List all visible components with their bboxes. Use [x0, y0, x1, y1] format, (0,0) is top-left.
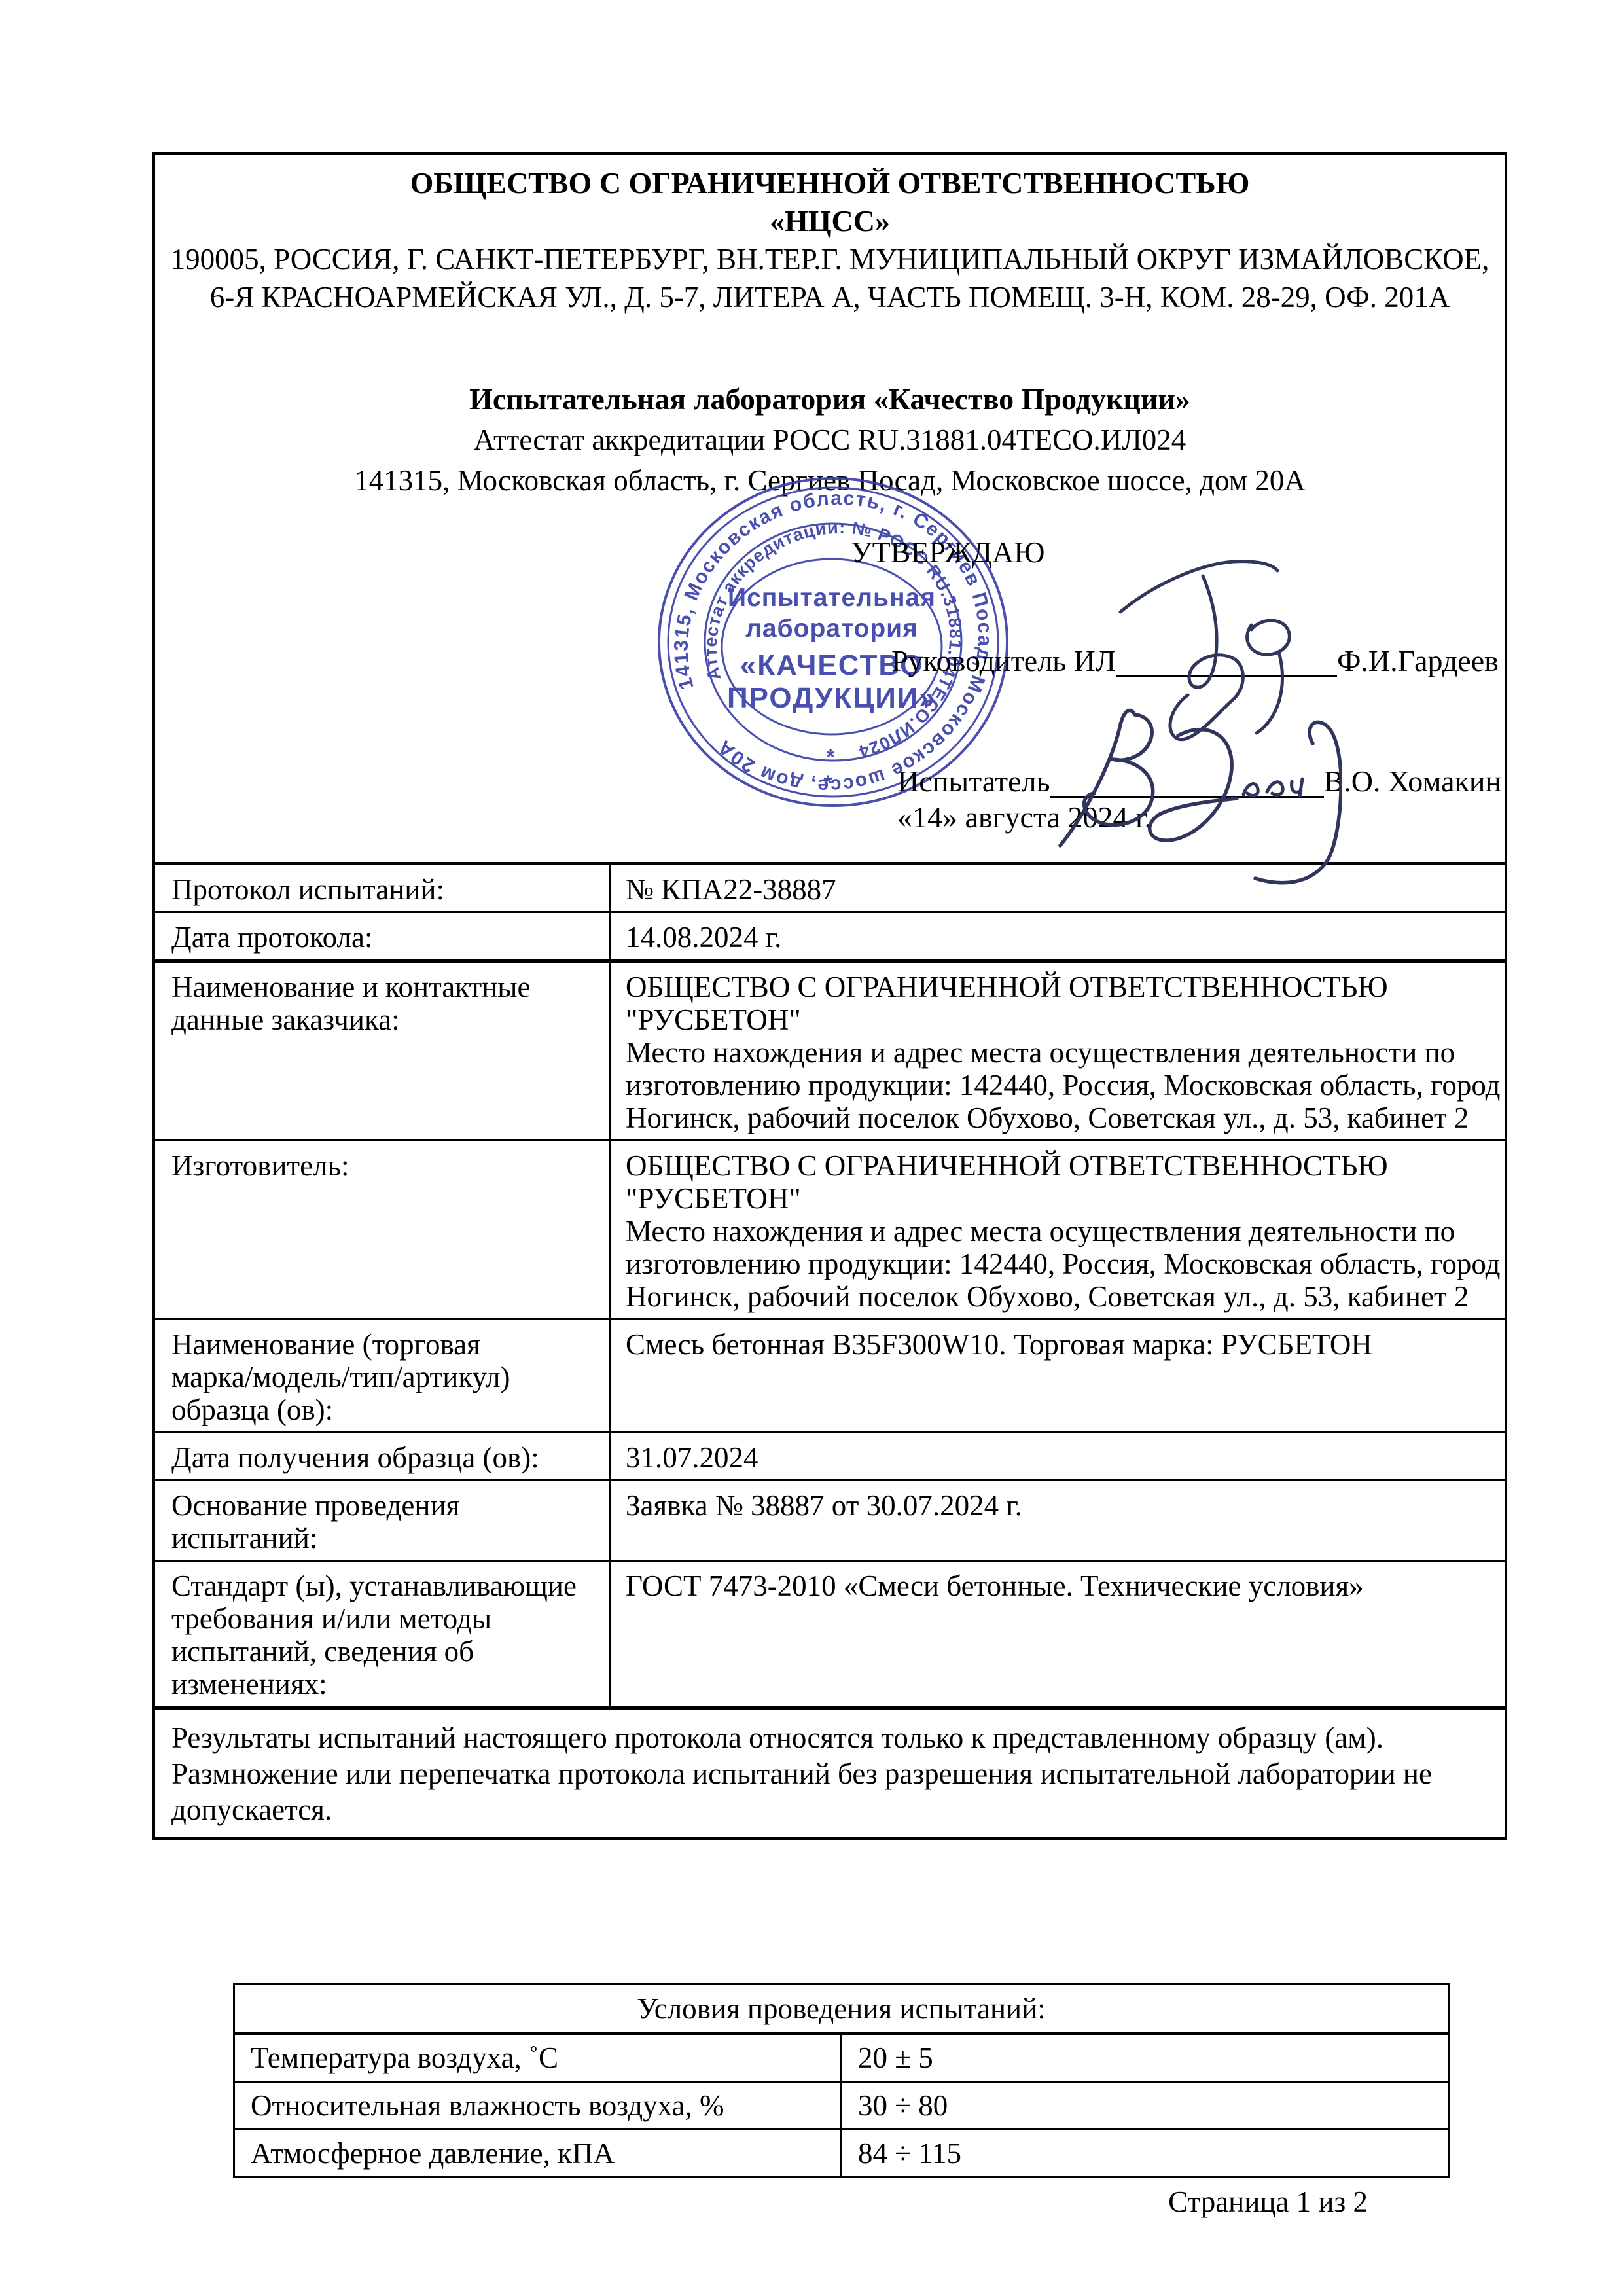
text-line: образца (ов):: [171, 1393, 597, 1426]
text-line: испытаний:: [171, 1522, 597, 1554]
text-line: 14.08.2024 г.: [626, 921, 1495, 954]
condition-row: Атмосферное давление, кПА 84 ÷ 115: [234, 2130, 1449, 2178]
condition-value: 84 ÷ 115: [842, 2130, 1449, 2178]
row-value: 14.08.2024 г.: [611, 913, 1505, 959]
laboratory-round-stamp: 141315, Московская область, г. Сергиев П…: [656, 475, 1010, 809]
text-line: ОБЩЕСТВО С ОГРАНИЧЕННОЙ ОТВЕТСТВЕННОСТЬЮ: [626, 971, 1495, 1003]
svg-text:Испытательная: Испытательная: [728, 584, 936, 612]
text-line: Изготовитель:: [171, 1149, 597, 1182]
text-line: ГОСТ 7473-2010 «Смеси бетонные. Техничес…: [626, 1570, 1495, 1602]
stamp-star-icon: *: [823, 771, 832, 796]
condition-value: 20 ± 5: [842, 2034, 1449, 2082]
org-name-line1: ОБЩЕСТВО С ОГРАНИЧЕННОЙ ОТВЕТСТВЕННОСТЬЮ: [155, 164, 1505, 202]
table-row: Стандарт (ы), устанавливающиетребования …: [155, 1562, 1505, 1706]
protocol-table: Протокол испытаний: № КПА22-38887 Дата п…: [155, 862, 1505, 1706]
text-line: Основание проведения: [171, 1489, 597, 1522]
table-row: Дата протокола: 14.08.2024 г.: [155, 913, 1505, 963]
laboratory-accreditation: Аттестат аккредитации РОСС RU.31881.04ТЕ…: [155, 420, 1505, 460]
text-line: требования и/или методы: [171, 1602, 597, 1635]
conditions-title: Условия проведения испытаний:: [234, 1984, 1449, 2034]
org-address-line1: 190005, РОССИЯ, Г. САНКТ-ПЕТЕРБУРГ, ВН.Т…: [155, 240, 1505, 278]
text-line: ОБЩЕСТВО С ОГРАНИЧЕННОЙ ОТВЕТСТВЕННОСТЬЮ: [626, 1149, 1495, 1182]
text-line: Ногинск, рабочий поселок Обухово, Советс…: [626, 1102, 1495, 1134]
approve-word: УТВЕРЖДАЮ: [851, 535, 1045, 569]
table-row: Дата получения образца (ов): 31.07.2024: [155, 1433, 1505, 1481]
text-line: марка/модель/тип/артикул): [171, 1361, 597, 1393]
head-name-label: Ф.И.Гардеев: [1337, 644, 1499, 677]
text-line: "РУСБЕТОН": [626, 1182, 1495, 1215]
tester-handwritten-signature: [1054, 687, 1342, 897]
condition-row: Температура воздуха, ˚С 20 ± 5: [234, 2034, 1449, 2082]
row-value: Смесь бетонная B35F300W10. Торговая марк…: [611, 1320, 1505, 1431]
row-label: Дата получения образца (ов):: [155, 1433, 611, 1479]
text-line: 31.07.2024: [626, 1441, 1495, 1474]
conditions-table: Условия проведения испытаний: Температур…: [233, 1983, 1450, 2178]
text-line: Место нахождения и адрес места осуществл…: [626, 1036, 1495, 1069]
table-row: Основание проведенияиспытаний: Заявка № …: [155, 1481, 1505, 1562]
page-number: Страница 1 из 2: [1168, 2185, 1368, 2219]
text-line: испытаний, сведения об: [171, 1635, 597, 1668]
row-value: ОБЩЕСТВО С ОГРАНИЧЕННОЙ ОТВЕТСТВЕННОСТЬЮ…: [611, 963, 1505, 1139]
row-value: ГОСТ 7473-2010 «Смеси бетонные. Техничес…: [611, 1562, 1505, 1706]
text-line: Протокол испытаний:: [171, 873, 597, 906]
org-name-line2: «НЦСС»: [155, 202, 1505, 240]
tester-role-label: Испытатель: [897, 764, 1050, 798]
stamp-star-icon: *: [826, 745, 835, 770]
document-page: ОБЩЕСТВО С ОГРАНИЧЕННОЙ ОТВЕТСТВЕННОСТЬЮ…: [0, 0, 1623, 2296]
table-row: Наименование и контактныеданные заказчик…: [155, 963, 1505, 1141]
condition-parameter: Атмосферное давление, кПА: [234, 2130, 842, 2178]
condition-parameter: Температура воздуха, ˚С: [234, 2034, 842, 2082]
text-line: изготовлению продукции: 142440, Россия, …: [626, 1069, 1495, 1102]
row-label: Дата протокола:: [155, 913, 611, 959]
row-value: ОБЩЕСТВО С ОГРАНИЧЕННОЙ ОТВЕТСТВЕННОСТЬЮ…: [611, 1141, 1505, 1318]
text-line: допускается.: [171, 1792, 1491, 1828]
text-line: Дата получения образца (ов):: [171, 1441, 597, 1474]
results-note: Результаты испытаний настоящего протокол…: [155, 1706, 1505, 1837]
condition-value: 30 ÷ 80: [842, 2082, 1449, 2130]
tester-name-label: В.О. Хомакин: [1324, 764, 1502, 798]
laboratory-name: Испытательная лаборатория «Качество Прод…: [155, 379, 1505, 420]
head-role-label: Руководитель ИЛ: [891, 644, 1116, 677]
approval-section: 141315, Московская область, г. Сергиев П…: [155, 501, 1505, 862]
text-line: Смесь бетонная B35F300W10. Торговая марк…: [626, 1328, 1495, 1361]
conditions-title-row: Условия проведения испытаний:: [234, 1984, 1449, 2034]
row-label: Изготовитель:: [155, 1141, 611, 1318]
row-label: Наименование и контактныеданные заказчик…: [155, 963, 611, 1139]
row-value: 31.07.2024: [611, 1433, 1505, 1479]
header-spacer: [155, 316, 1505, 379]
row-label: Основание проведенияиспытаний:: [155, 1481, 611, 1560]
text-line: изготовлению продукции: 142440, Россия, …: [626, 1247, 1495, 1280]
org-address-line2: 6-Я КРАСНОАРМЕЙСКАЯ УЛ., Д. 5-7, ЛИТЕРА …: [155, 278, 1505, 316]
table-row: Изготовитель: ОБЩЕСТВО С ОГРАНИЧЕННОЙ ОТ…: [155, 1141, 1505, 1320]
row-label: Протокол испытаний:: [155, 865, 611, 911]
text-line: Заявка № 38887 от 30.07.2024 г.: [626, 1489, 1495, 1522]
svg-text:ПРОДУКЦИИ»: ПРОДУКЦИИ»: [727, 682, 936, 714]
condition-row: Относительная влажность воздуха, % 30 ÷ …: [234, 2082, 1449, 2130]
text-line: Место нахождения и адрес места осуществл…: [626, 1215, 1495, 1247]
condition-parameter: Относительная влажность воздуха, %: [234, 2082, 842, 2130]
row-value: Заявка № 38887 от 30.07.2024 г.: [611, 1481, 1505, 1560]
protocol-document-frame: ОБЩЕСТВО С ОГРАНИЧЕННОЙ ОТВЕТСТВЕННОСТЬЮ…: [152, 152, 1507, 1840]
row-label: Наименование (торговаямарка/модель/тип/а…: [155, 1320, 611, 1431]
text-line: изменениях:: [171, 1668, 597, 1700]
text-line: Ногинск, рабочий поселок Обухово, Советс…: [626, 1280, 1495, 1313]
text-line: Стандарт (ы), устанавливающие: [171, 1570, 597, 1602]
text-line: Наименование и контактные: [171, 971, 597, 1003]
text-line: Результаты испытаний настоящего протокол…: [171, 1720, 1491, 1756]
text-line: данные заказчика:: [171, 1003, 597, 1036]
text-line: "РУСБЕТОН": [626, 1003, 1495, 1036]
svg-text:лаборатория: лаборатория: [745, 615, 918, 643]
text-line: Дата протокола:: [171, 921, 597, 954]
table-row: Наименование (торговаямарка/модель/тип/а…: [155, 1320, 1505, 1433]
document-header: ОБЩЕСТВО С ОГРАНИЧЕННОЙ ОТВЕТСТВЕННОСТЬЮ…: [155, 155, 1505, 501]
text-line: Наименование (торговая: [171, 1328, 597, 1361]
text-line: Размножение или перепечатка протокола ис…: [171, 1756, 1491, 1792]
row-label: Стандарт (ы), устанавливающиетребования …: [155, 1562, 611, 1706]
